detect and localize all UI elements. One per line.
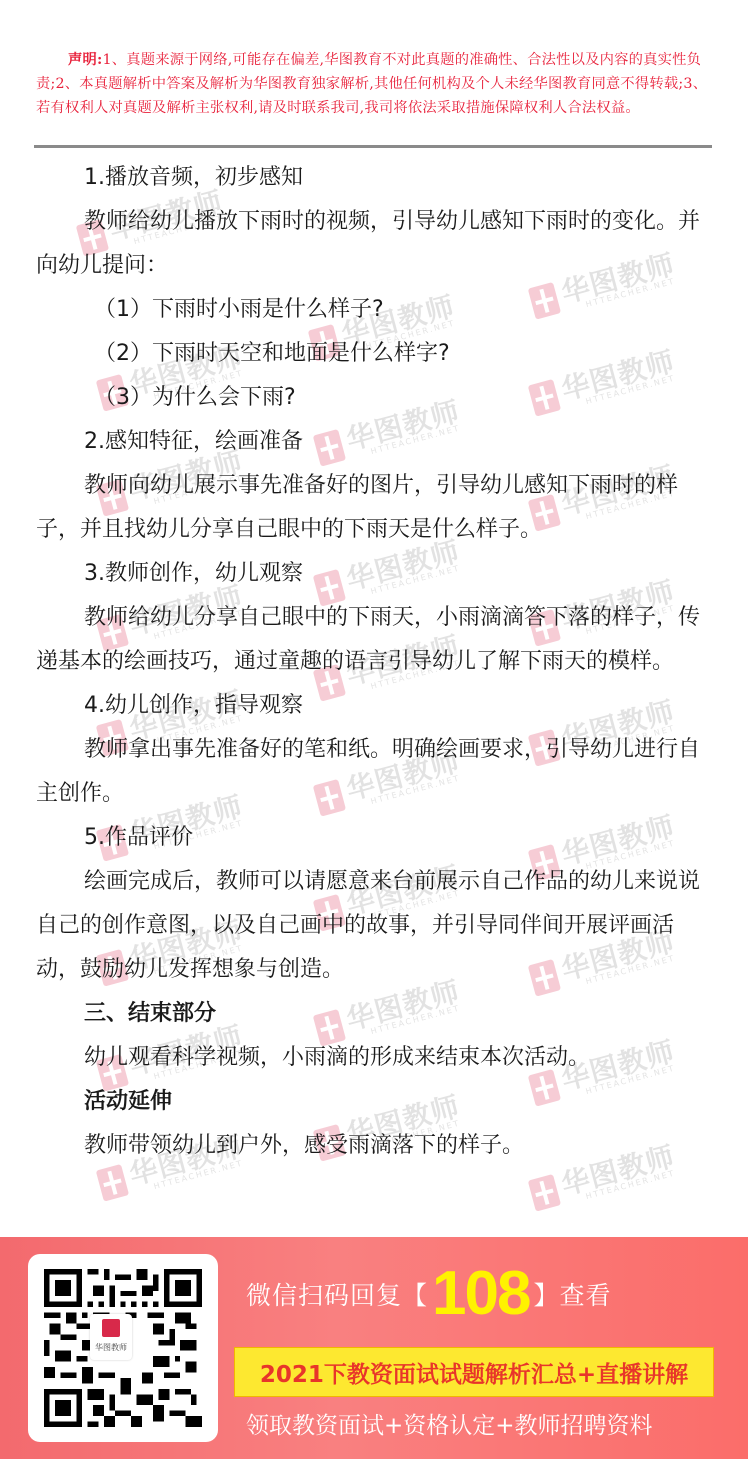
qr-code-card[interactable]: 华图教师 [28,1254,218,1442]
huatu-logo-icon [528,1174,561,1212]
qr-center-text: 华图教师 [92,1342,130,1353]
lesson-content: 1.播放音频，初步感知 教师给幼儿播放下雨时的视频，引导幼儿感知下雨时的变化。并… [36,156,716,1168]
headline-suffix: 】查看 [533,1276,611,1312]
question-2: （2）下雨时天空和地面是什么样字? [36,332,716,376]
headline-prefix: 微信扫码回复【 [246,1276,428,1312]
question-1: （1）下雨时小雨是什么样子? [36,288,716,332]
banner-highlight[interactable]: 2021下教资面试试题解析汇总+直播讲解 [234,1347,714,1397]
step2-body: 教师向幼儿展示事先准备好的图片，引导幼儿感知下雨时的样子，并且找幼儿分享自己眼中… [36,464,716,552]
divider [34,145,712,148]
watermark-sub: HTTEACHER.NET [585,1168,677,1201]
section3-title: 三、结束部分 [36,992,716,1036]
step4-body: 教师拿出事先准备好的笔和纸。明确绘画要求，引导幼儿进行自主创作。 [36,728,716,816]
extension-body: 教师带领幼儿到户外，感受雨滴落下的样子。 [36,1124,716,1168]
banner-headline: 微信扫码回复【 108 】查看 [246,1259,611,1329]
question-3: （3）为什么会下雨? [36,376,716,420]
promo-banner[interactable]: 华图教师 微信扫码回复【 108 】查看 2021下教资面试试题解析汇总+直播讲… [0,1237,748,1459]
extension-title: 活动延伸 [36,1080,716,1124]
huatu-logo-icon [96,1164,129,1202]
step2-title: 2.感知特征，绘画准备 [36,420,716,464]
section3-body: 幼儿观看科学视频，小雨滴的形成来结束本次活动。 [36,1036,716,1080]
banner-subline: 领取教资面试+资格认定+教师招聘资料 [246,1407,653,1440]
step3-title: 3.教师创作，幼儿观察 [36,552,716,596]
step1-title: 1.播放音频，初步感知 [36,156,716,200]
step5-body: 绘画完成后，教师可以请愿意来台前展示自己作品的幼儿来说说自己的创作意图，以及自己… [36,860,716,992]
huatu-logo-icon [102,1319,120,1337]
qr-center-logo: 华图教师 [90,1314,132,1360]
disclaimer: 声明:1、真题来源于网络,可能存在偏差,华图教育不对此真题的准确性、合法性以及内… [36,48,712,120]
step3-body: 教师给幼儿分享自己眼中的下雨天，小雨滴滴答下落的样子，传递基本的绘画技巧，通过童… [36,596,716,684]
reply-code: 108 [432,1263,529,1325]
highlight-text: 2021下教资面试试题解析汇总+直播讲解 [260,1356,688,1389]
disclaimer-label: 声明: [68,52,102,68]
step1-body: 教师给幼儿播放下雨时的视频，引导幼儿感知下雨时的变化。并向幼儿提问： [36,200,716,288]
step4-title: 4.幼儿创作，指导观察 [36,684,716,728]
step5-title: 5.作品评价 [36,816,716,860]
disclaimer-text: 1、真题来源于网络,可能存在偏差,华图教育不对此真题的准确性、合法性以及内容的真… [36,52,707,116]
